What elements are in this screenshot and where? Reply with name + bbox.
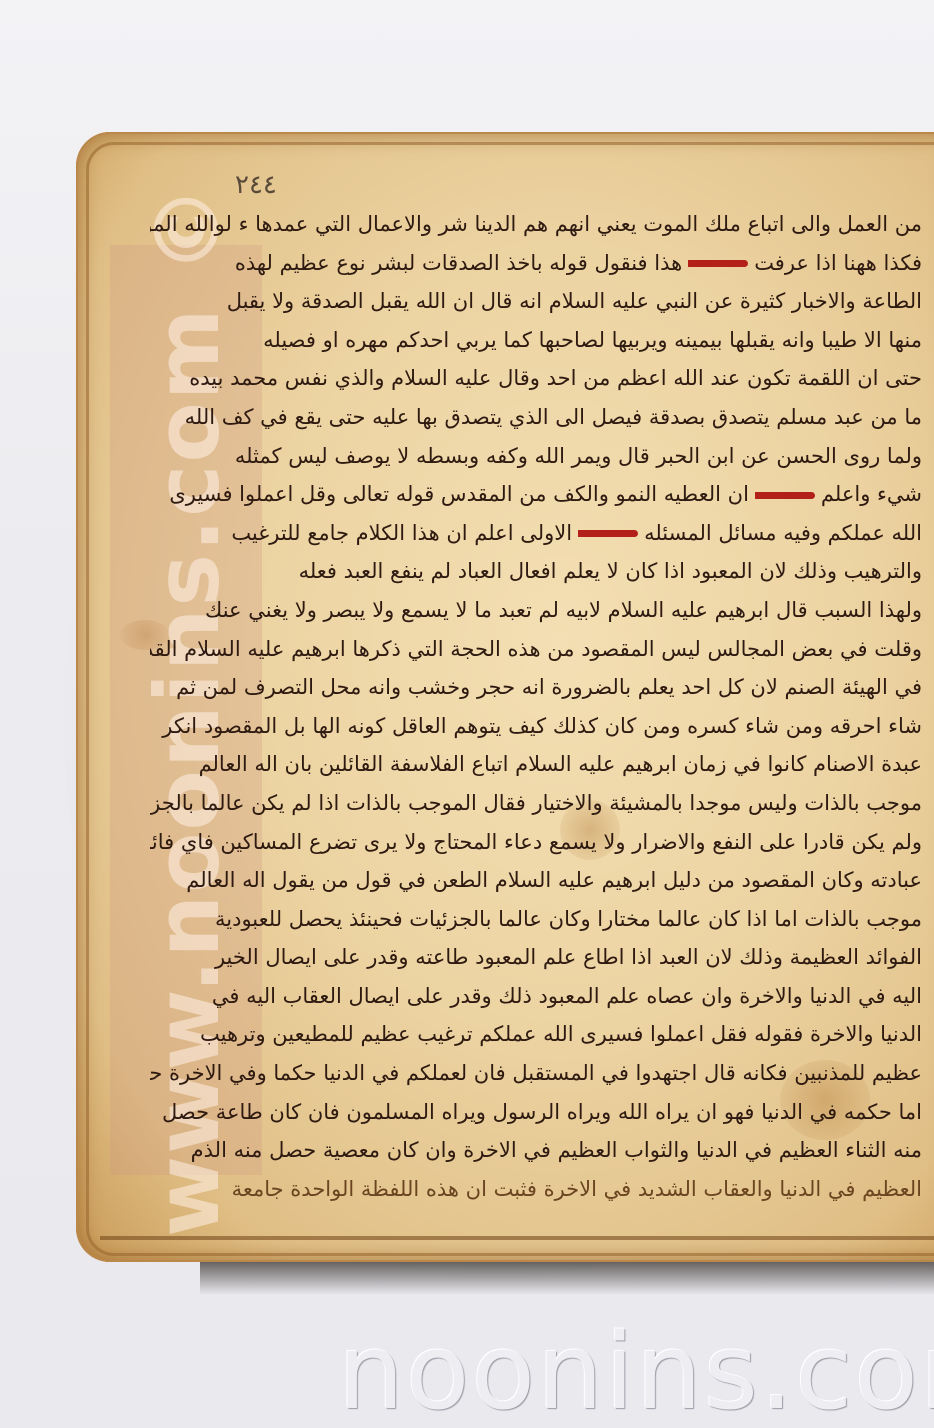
text-line: الله عملكم وفيه مسائل المسئلهالاولى اعلم… bbox=[150, 514, 922, 553]
manuscript-text-block: من العمل والى اتباع ملك الموت يعني انهم … bbox=[150, 205, 922, 1208]
text-line: حتى ان اللقمة تكون عند الله اعظم من احد … bbox=[150, 359, 922, 398]
text-line: الطاعة والاخبار كثيرة عن النبي عليه السل… bbox=[150, 282, 922, 321]
text-line: ولهذا السبب قال ابرهيم عليه السلام لابيه… bbox=[150, 591, 922, 630]
text-line: من العمل والى اتباع ملك الموت يعني انهم … bbox=[150, 205, 922, 244]
folio-number: ٢٤٤ bbox=[235, 170, 277, 200]
text-line: العظيم في الدنيا والعقاب الشديد في الاخر… bbox=[150, 1170, 922, 1209]
text-line: موجب بالذات اما اذا كان عالما مختارا وكا… bbox=[150, 900, 922, 939]
text-line: ولم يكن قادرا على النفع والاضرار ولا يسم… bbox=[150, 823, 922, 862]
text-line: والترهيب وذلك لان المعبود اذا كان لا يعل… bbox=[150, 552, 922, 591]
text-line: ولما روى الحسن عن ابن الحبر قال ويمر الل… bbox=[150, 437, 922, 476]
text-line: موجب بالذات وليس موجدا بالمشيئة والاختيا… bbox=[150, 784, 922, 823]
text-line: منه الثناء العظيم في الدنيا والثواب العظ… bbox=[150, 1131, 922, 1170]
text-line: شيء واعلمان العطيه النمو والكف من المقدس… bbox=[150, 475, 922, 514]
bottom-watermark: noonins.com bbox=[338, 1322, 934, 1422]
text-line: منها الا طيبا وانه يقبلها بيمينه ويربيها… bbox=[150, 321, 922, 360]
text-line: ما من عبد مسلم يتصدق بصدقة فيصل الى الذي… bbox=[150, 398, 922, 437]
text-line: عظيم للمذنبين فكانه قال اجتهدوا في المست… bbox=[150, 1054, 922, 1093]
text-line: الفوائد العظيمة وذلك لان العبد اذا اطاع … bbox=[150, 938, 922, 977]
text-line: عبدة الاصنام كانوا في زمان ابرهيم عليه ا… bbox=[150, 745, 922, 784]
rubric-mark bbox=[578, 530, 638, 537]
text-line: الدنيا والاخرة فقوله فقل اعملوا فسيرى ال… bbox=[150, 1015, 922, 1054]
rubric-mark bbox=[755, 492, 815, 499]
rubric-mark bbox=[688, 260, 748, 267]
text-line: وقلت في بعض المجالس ليس المقصود من هذه ا… bbox=[150, 630, 922, 669]
text-line: في الهيئة الصنم لان كل احد يعلم بالضرورة… bbox=[150, 668, 922, 707]
text-line: اليه في الدنيا والاخرة وان عصاه علم المع… bbox=[150, 977, 922, 1016]
text-line: فكذا ههنا اذا عرفتهذا فنقول قوله باخذ ال… bbox=[150, 244, 922, 283]
text-line: شاء احرقه ومن شاء كسره ومن كان كذلك كيف … bbox=[150, 707, 922, 746]
text-line: عبادته وكان المقصود من دليل ابرهيم عليه … bbox=[150, 861, 922, 900]
text-line: اما حكمه في الدنيا فهو ان يراه الله ويرا… bbox=[150, 1093, 922, 1132]
